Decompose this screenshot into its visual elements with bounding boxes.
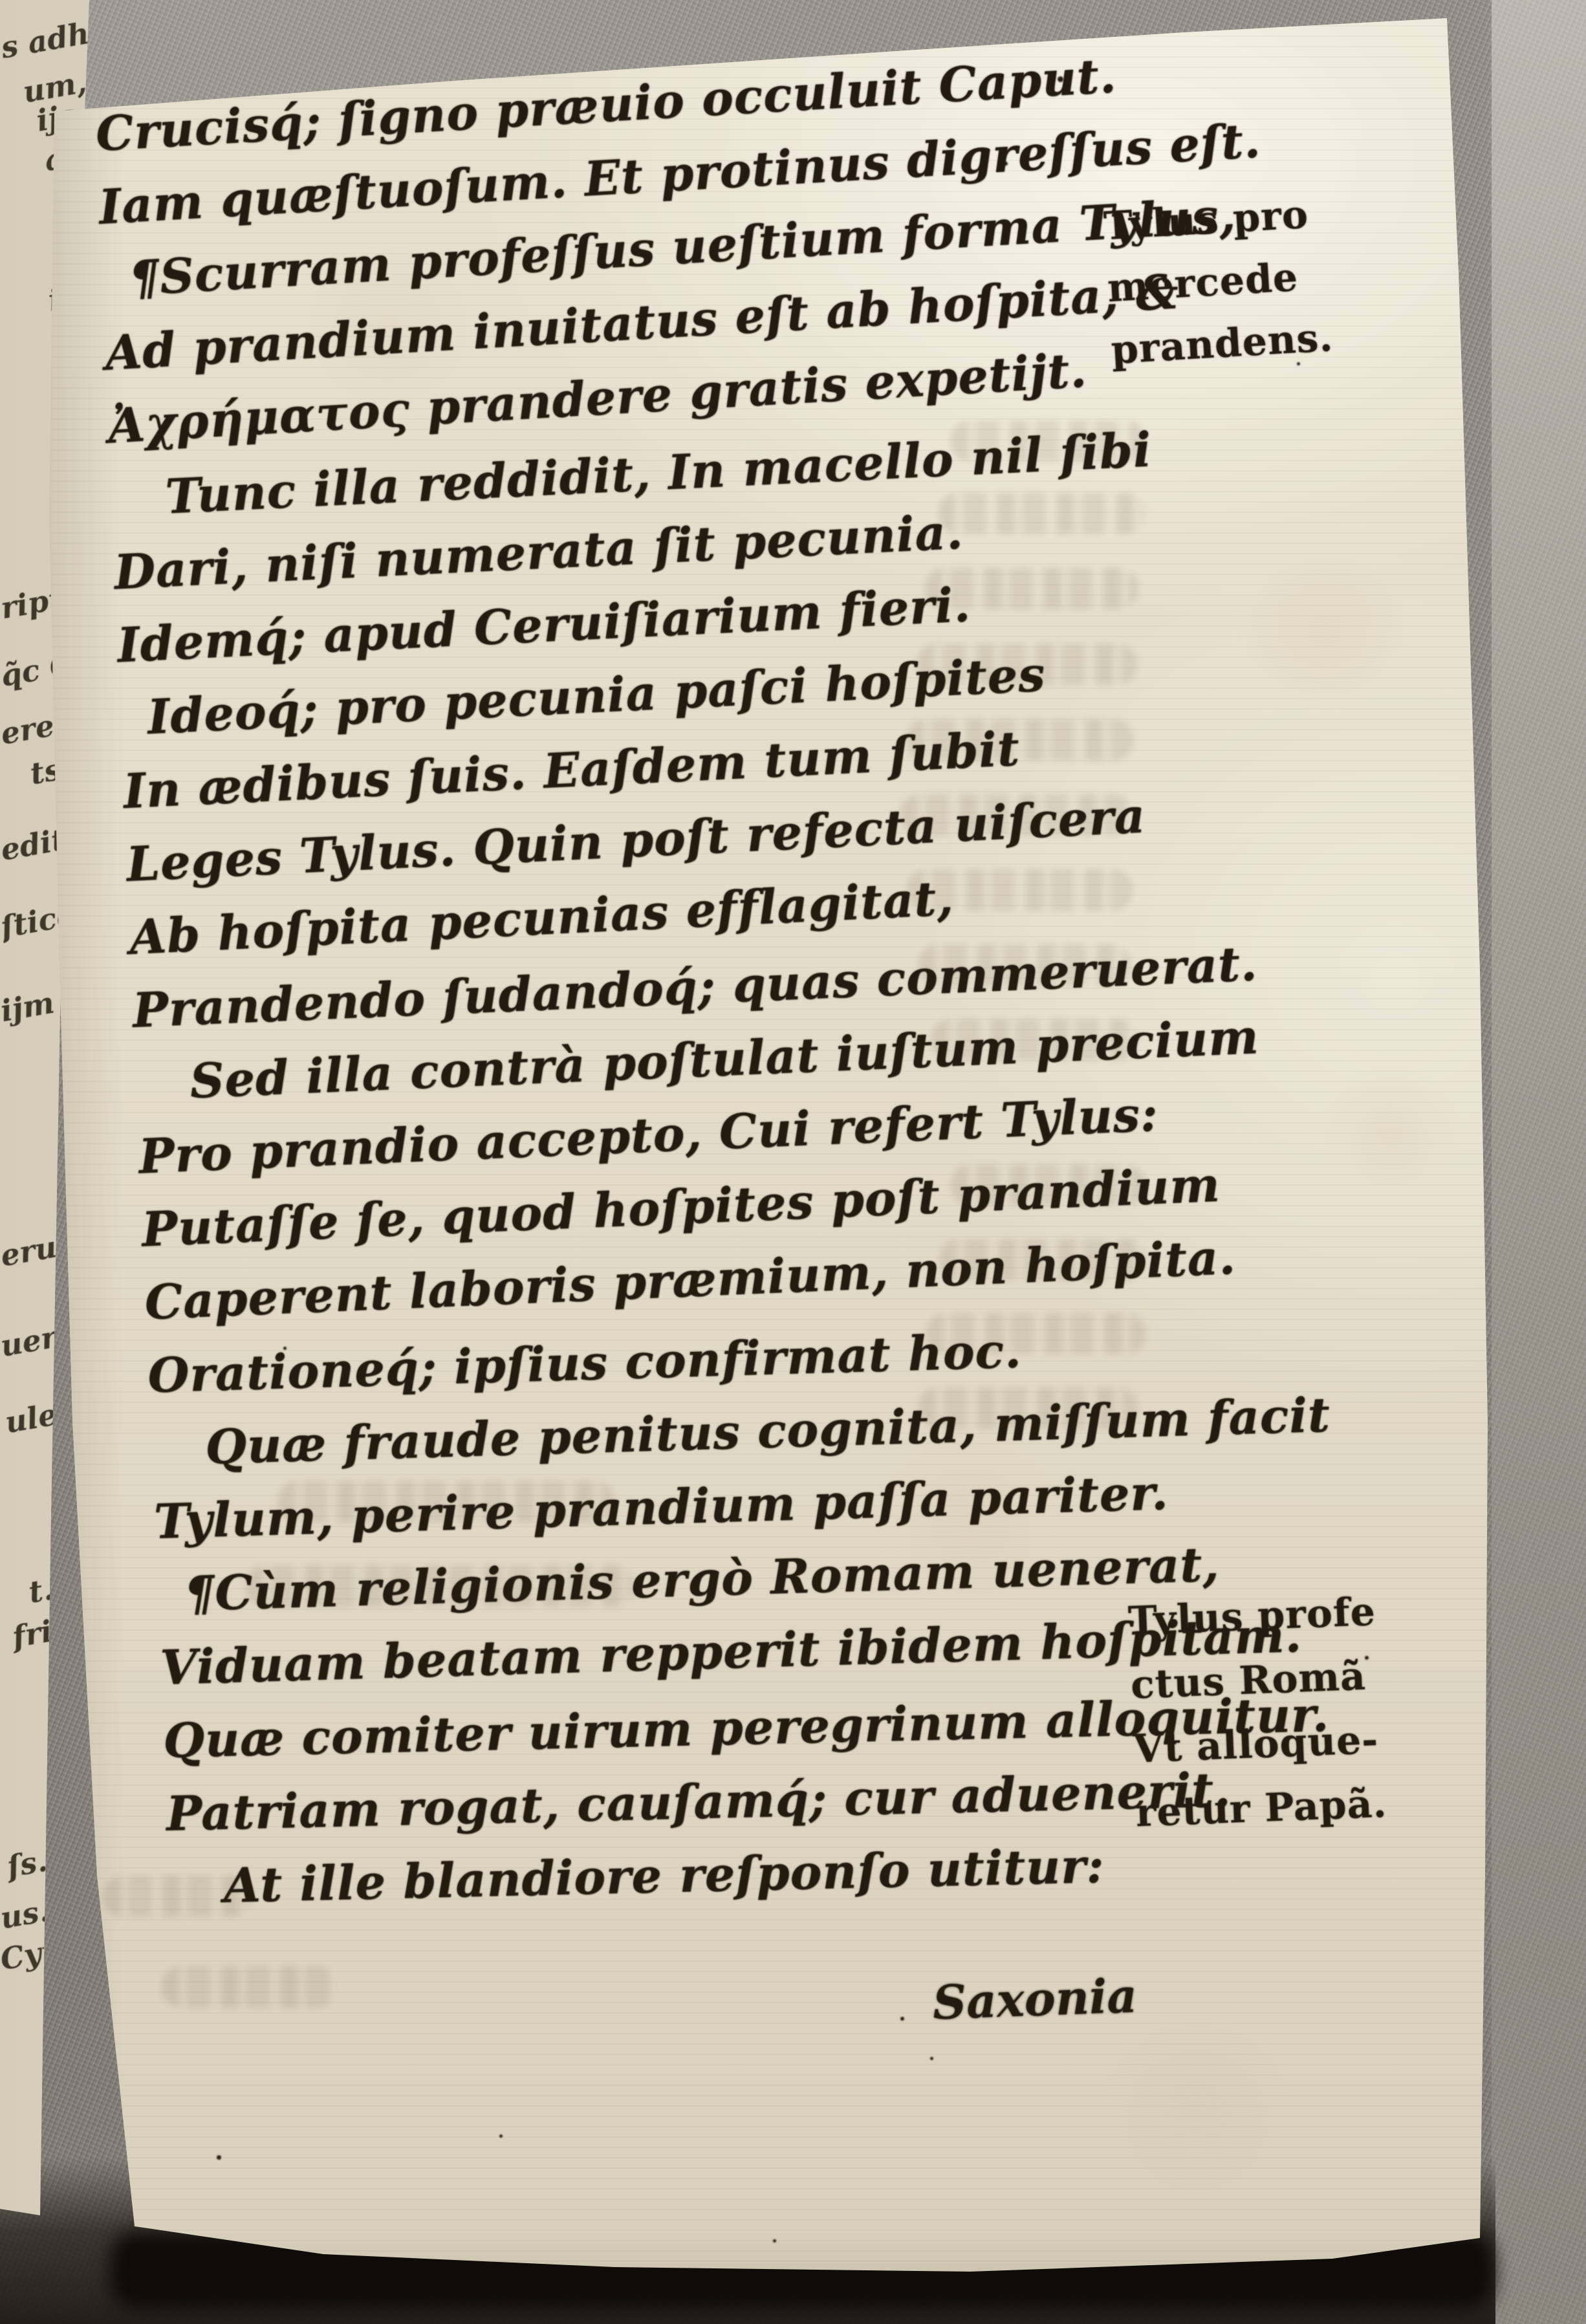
ghost-text-line	[162, 1966, 336, 2008]
margin-note-tylus-prandens: Tylus promercedeprandens.	[1102, 182, 1335, 382]
background-fabric-light-band	[1492, 0, 1586, 2324]
ink-speck	[930, 2057, 933, 2060]
ink-speck	[900, 2017, 904, 2021]
margin-note-line: retur Papã.	[1135, 1772, 1388, 1845]
margin-note-line: Vt alloque-	[1132, 1708, 1385, 1782]
foxing-stain	[1320, 1061, 1462, 1203]
foxing-stain	[1242, 550, 1410, 718]
margin-note-line: prandens.	[1109, 307, 1335, 382]
margin-note-line: ctus Romã	[1129, 1644, 1383, 1718]
verse-lines: Crucisq́; ſigno præuio occuluit Caput.Ia…	[94, 52, 1270, 1924]
ink-speck	[499, 2134, 503, 2138]
ink-speck	[773, 2239, 776, 2243]
foxing-stain	[1100, 2005, 1294, 2199]
margin-note-tylus-romam: Tylus profectus RomãVt alloque-retur Pap…	[1127, 1580, 1389, 1846]
margin-note-line: Tylus profe	[1127, 1580, 1381, 1654]
book-page: Crucisq́; ſigno præuio occuluit Caput.Ia…	[0, 0, 1586, 2324]
catchword: Saxonia	[932, 1968, 1138, 2030]
ink-speck	[217, 2155, 221, 2160]
book-photo-scene: s adhum,ijs,adil.itriputq̃c CAPeremts.ed…	[0, 0, 1586, 2324]
